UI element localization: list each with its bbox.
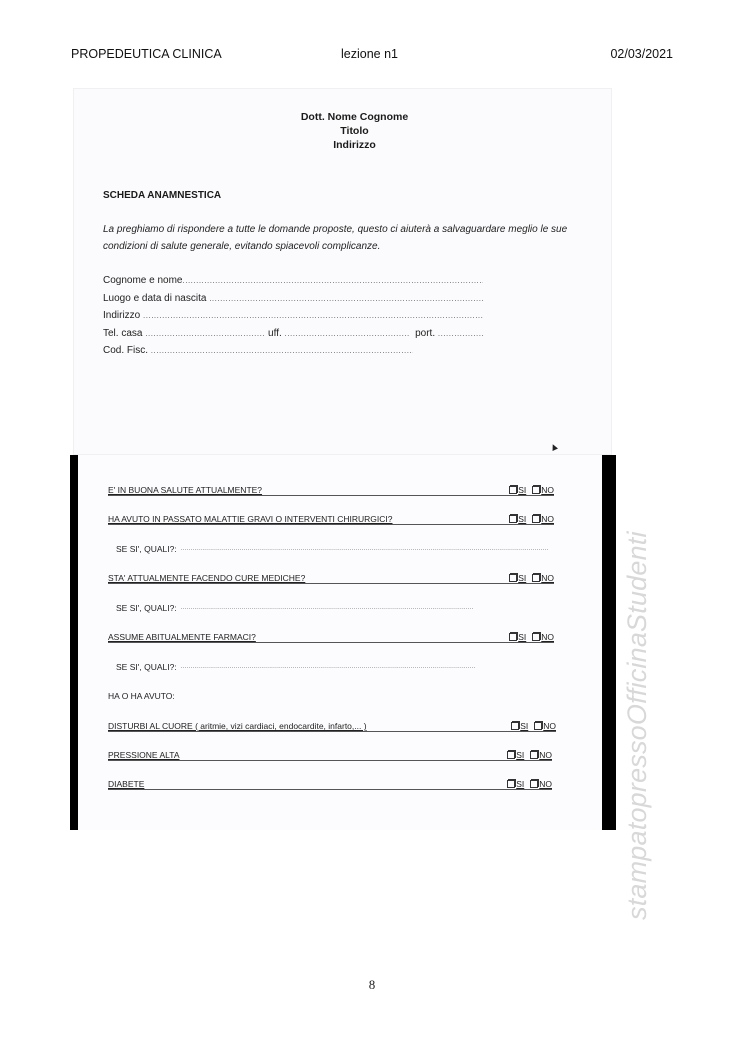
field-phones: Tel. casa ..............................…: [103, 325, 483, 343]
form-intro: La preghiamo di rispondere a tutte le do…: [103, 221, 573, 255]
field-name: Cognome e nome..........................…: [103, 272, 483, 290]
underline: [108, 789, 552, 791]
question-row: E' IN BUONA SALUTE ATTUALMENTE? SINO: [108, 482, 554, 496]
field-address: Indirizzo ..............................…: [103, 307, 483, 325]
field-fiscal-code: Cod. Fisc. .............................…: [103, 342, 413, 360]
scanned-form-bottom: E' IN BUONA SALUTE ATTUALMENTE? SINO HA …: [70, 455, 616, 830]
question-row: DISTURBI AL CUORE ( aritmie, vizi cardia…: [108, 718, 556, 732]
checkbox-icon: [507, 751, 515, 759]
field-birth: Luogo e data di nascita ................…: [103, 290, 483, 308]
checkbox-icon: [532, 515, 540, 523]
header-date: 02/03/2021: [610, 47, 673, 61]
underline: [108, 495, 554, 497]
if-yes-row: SE SI', QUALI?:.........................…: [116, 603, 473, 613]
checkbox-icon: [532, 633, 540, 641]
checkbox-icon: [509, 515, 517, 523]
underline: [108, 524, 554, 526]
question-row: PRESSIONE ALTA SINO: [108, 747, 552, 761]
doctor-title: Titolo: [97, 124, 612, 138]
if-yes-row: SE SI', QUALI?:.........................…: [116, 662, 476, 672]
scanned-form-top: Dott. Nome Cognome Titolo Indirizzo SCHE…: [73, 88, 612, 455]
underline: [108, 642, 554, 644]
form-sheet: E' IN BUONA SALUTE ATTUALMENTE? SINO HA …: [78, 455, 602, 830]
checkbox-icon: [532, 574, 540, 582]
checkbox-icon: [530, 751, 538, 759]
underline: [108, 583, 554, 585]
doctor-name: Dott. Nome Cognome: [97, 110, 612, 124]
checkbox-icon: [530, 780, 538, 788]
personal-data-fields: Cognome e nome..........................…: [103, 272, 483, 360]
history-label: HA O HA AVUTO:: [108, 691, 175, 701]
checkbox-icon: [509, 574, 517, 582]
checkbox-icon: [509, 633, 517, 641]
underline: [108, 760, 552, 762]
letterhead: Dott. Nome Cognome Titolo Indirizzo: [73, 110, 612, 152]
checkbox-icon: [509, 486, 517, 494]
mouse-cursor-icon: [550, 443, 558, 451]
underline: [108, 731, 556, 733]
form-title: SCHEDA ANAMNESTICA: [103, 190, 221, 201]
checkbox-icon: [534, 722, 542, 730]
question-row: STA' ATTUALMENTE FACENDO CURE MEDICHE? S…: [108, 570, 554, 584]
lesson-label: lezione n1: [341, 47, 398, 61]
checkbox-icon: [507, 780, 515, 788]
page-header: PROPEDEUTICA CLINICA lezione n1 02/03/20…: [71, 47, 673, 63]
question-row: DIABETE SINO: [108, 776, 552, 790]
if-yes-row: SE SI', QUALI?:.........................…: [116, 544, 548, 554]
page-number: 8: [0, 977, 744, 993]
checkbox-icon: [532, 486, 540, 494]
course-title: PROPEDEUTICA CLINICA: [71, 47, 222, 61]
checkbox-icon: [511, 722, 519, 730]
watermark: stampatopressoOfficinaStudenti: [622, 531, 653, 920]
doctor-address: Indirizzo: [97, 138, 612, 152]
question-row: ASSUME ABITUALMENTE FARMACI? SINO: [108, 629, 554, 643]
question-row: HA AVUTO IN PASSATO MALATTIE GRAVI O INT…: [108, 511, 554, 525]
